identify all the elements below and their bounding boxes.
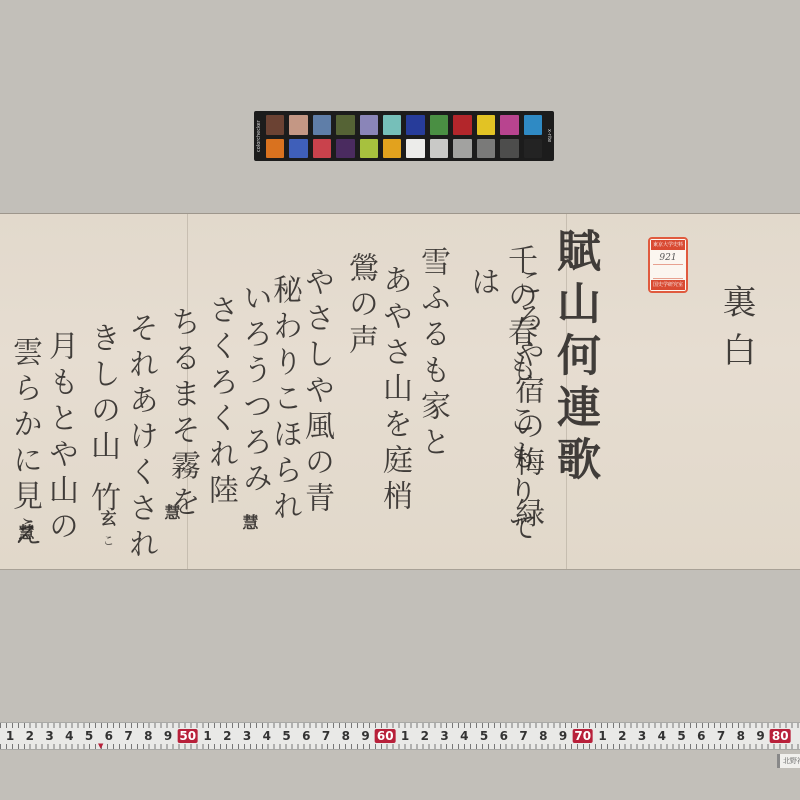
ruler-number: 1 xyxy=(401,729,409,743)
ruler-number: 2 xyxy=(618,729,626,743)
ruler-number: 6 xyxy=(105,729,113,743)
xrite-logo: x-rite xyxy=(544,115,552,157)
ruler-number: 7 xyxy=(717,729,725,743)
color-swatch xyxy=(266,139,284,159)
verse-column: きしの山 竹 xyxy=(80,322,124,518)
color-swatch xyxy=(383,139,401,159)
color-swatch xyxy=(453,139,471,159)
ruler-ticks-top xyxy=(0,723,800,728)
author-signature: 玄 xyxy=(96,510,119,528)
document-title: 賦山何連歌 xyxy=(542,228,606,488)
ruler-number: 4 xyxy=(65,729,73,743)
verse-column: さくろくれ陸 xyxy=(198,294,242,510)
ruler-number: 7 xyxy=(519,729,527,743)
color-swatch xyxy=(430,115,448,135)
color-swatch xyxy=(477,115,495,135)
verse-column: 鶯の声 xyxy=(338,252,382,360)
color-swatch xyxy=(336,115,354,135)
color-swatch xyxy=(313,115,331,135)
color-swatch xyxy=(336,139,354,159)
color-swatch xyxy=(383,115,401,135)
color-swatch xyxy=(500,115,518,135)
ruler-number: 2 xyxy=(223,729,231,743)
ruler-number: 1 xyxy=(6,729,14,743)
manuscript-paper: 裏白 賦山何連歌 千の春も こもりて ころや宿の梅 緑は 雪ふるも家と あやさ山… xyxy=(0,213,800,570)
ruler-number: 3 xyxy=(243,729,251,743)
verse-column: それあけくされ xyxy=(118,312,162,564)
color-swatch xyxy=(266,115,284,135)
color-swatch xyxy=(524,139,542,159)
ruler-number: 9 xyxy=(361,729,369,743)
ruler-number: 7 xyxy=(124,729,132,743)
label-header: 東京大学史料 xyxy=(651,240,685,250)
ruler-number: 2 xyxy=(421,729,429,743)
ruler-number: 5 xyxy=(480,729,488,743)
verse-column: ちるまそ霧を xyxy=(160,306,204,522)
ruler-number: 8 xyxy=(144,729,152,743)
color-swatch xyxy=(289,115,307,135)
author-signature: 慧 xyxy=(14,524,37,542)
color-swatch xyxy=(524,115,542,135)
ruler-number: 9 xyxy=(559,729,567,743)
ruler-number: 6 xyxy=(697,729,705,743)
ruler-number: 80 xyxy=(770,729,791,743)
ruler-number: 4 xyxy=(658,729,666,743)
ruler-number: 70 xyxy=(572,729,593,743)
ruler-marker-icon: ▼ xyxy=(98,742,103,750)
ruler-number: 3 xyxy=(440,729,448,743)
color-swatch xyxy=(406,115,424,135)
side-note: 裏白 xyxy=(712,284,761,380)
ruler-number: 6 xyxy=(500,729,508,743)
ruler-number: 8 xyxy=(342,729,350,743)
ruler-number: 9 xyxy=(756,729,764,743)
author-signature: 慧 xyxy=(238,514,261,532)
color-swatch xyxy=(289,139,307,159)
library-catalog-label: 東京大学史料 921 国史学研究室 xyxy=(648,237,688,293)
color-checker-card: colorchecker x-rite xyxy=(254,111,554,161)
ruler-number: 7 xyxy=(322,729,330,743)
collection-tag: 北野神 xyxy=(777,754,800,768)
ruler-number: 5 xyxy=(85,729,93,743)
ruler-number: 4 xyxy=(460,729,468,743)
ruler-number: 60 xyxy=(375,729,396,743)
ruler-number: 5 xyxy=(677,729,685,743)
color-swatch xyxy=(430,139,448,159)
ruler-number: 8 xyxy=(737,729,745,743)
color-swatch xyxy=(477,139,495,159)
ruler-number: 50 xyxy=(177,729,198,743)
ruler-number: 9 xyxy=(164,729,172,743)
measuring-ruler: ▼ 12345678950123456789601234567897012345… xyxy=(0,722,800,750)
color-swatch xyxy=(360,139,378,159)
label-blank-line xyxy=(653,266,683,279)
ruler-number: 2 xyxy=(26,729,34,743)
verse-column: 雪ふるも家と xyxy=(410,246,454,462)
color-swatch-grid xyxy=(266,115,542,158)
ruler-number: 8 xyxy=(539,729,547,743)
color-checker-brand: colorchecker xyxy=(256,115,264,157)
verse-column: 雲らかに見え xyxy=(2,336,46,552)
verse-column: ころや宿の梅 緑は xyxy=(460,266,548,569)
color-swatch xyxy=(406,139,424,159)
color-swatch xyxy=(500,139,518,159)
ruler-number: 3 xyxy=(45,729,53,743)
ruler-number: 3 xyxy=(638,729,646,743)
ruler-number: 1 xyxy=(203,729,211,743)
ruler-number: 1 xyxy=(598,729,606,743)
ruler-number: 4 xyxy=(263,729,271,743)
ruler-number: 5 xyxy=(282,729,290,743)
small-annotation: こ xyxy=(100,534,117,548)
color-swatch xyxy=(453,115,471,135)
color-swatch xyxy=(313,139,331,159)
ruler-ticks-bottom xyxy=(0,744,800,749)
catalog-number: 921 xyxy=(653,252,683,265)
author-signature: 慧 xyxy=(160,504,183,522)
ruler-number: 6 xyxy=(302,729,310,743)
label-footer: 国史学研究室 xyxy=(651,280,685,290)
color-swatch xyxy=(360,115,378,135)
